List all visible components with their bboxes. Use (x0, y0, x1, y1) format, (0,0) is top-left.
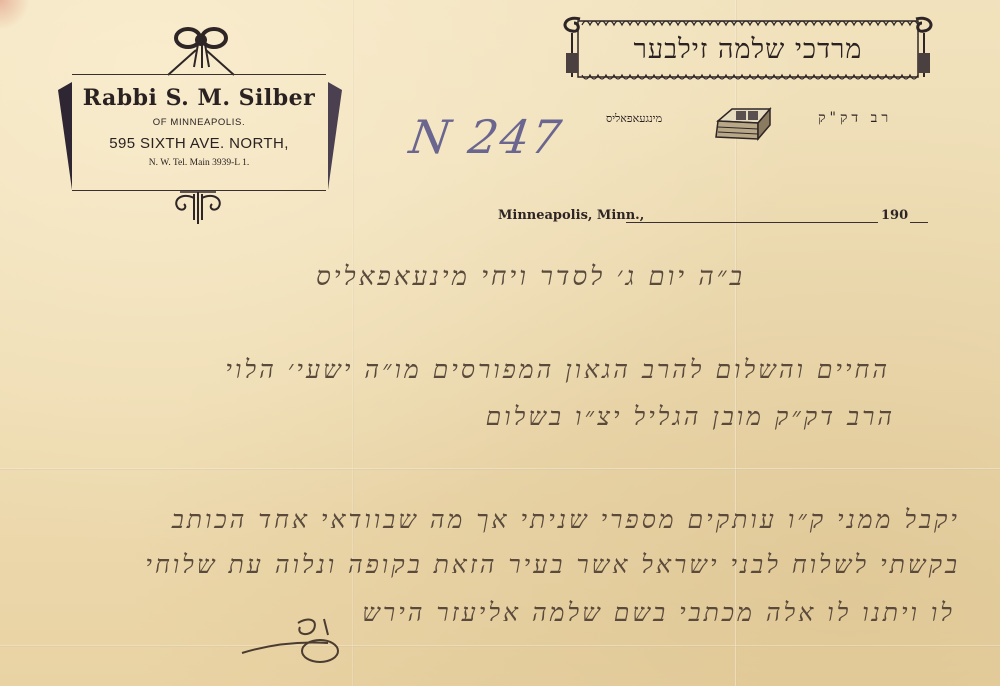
dateline: Minneapolis, Minn., 190 (498, 208, 928, 228)
handwritten-line-5: בקשתי לשלוח לבני ישראל אשר בעיר הזאת בקו… (20, 550, 960, 580)
file-number: N 247 (406, 110, 566, 164)
handwritten-line-3: הרב דק״ק מובן הגליל יצ״ו בשלום (210, 402, 895, 432)
handwritten-line-4: יקבל ממני ק״ו עותקים מספרי שניתי אך מה ש… (20, 505, 960, 535)
hebrew-name-title: מרדכי שלמה זילבער (598, 28, 898, 72)
signature-flourish-icon (238, 615, 348, 665)
handwritten-line-1: ב״ה יום ג׳ לסדר ויחי מינעאפאליס (240, 262, 745, 292)
handwritten-line-2: החיים והשלום להרב הגאון המפורסים מו״ה יש… (40, 355, 890, 385)
fold-crease-horizontal (0, 468, 1000, 470)
banner-flag-left (58, 82, 72, 190)
paper-stain (0, 0, 30, 30)
rabbi-telephone: N. W. Tel. Main 3939-L 1. (72, 158, 326, 168)
dateline-year: 190 (881, 208, 908, 223)
date-blank-line (626, 222, 878, 223)
banner-flag-right (328, 82, 342, 190)
rabbi-address: 595 SIXTH AVE. NORTH, (72, 135, 326, 152)
fold-crease-vertical-left (352, 0, 354, 686)
dateline-city: Minneapolis, Minn., (498, 208, 644, 223)
rabbi-city: OF MINNEAPOLIS. (72, 117, 326, 128)
open-book-icon (712, 103, 772, 141)
letter-paper: Rabbi S. M. Silber OF MINNEAPOLIS. 595 S… (0, 0, 1000, 686)
fold-crease-horizontal-bottom (0, 645, 1000, 647)
handwritten-line-6: לו ויתנו לו אלה מכתבי בשם שלמה אליעזר הי… (70, 598, 955, 628)
scroll-ornament-icon (168, 190, 228, 226)
hebrew-rabbi-title: רב דק"ק (818, 110, 892, 127)
english-letterhead: Rabbi S. M. Silber OF MINNEAPOLIS. 595 S… (72, 74, 326, 191)
bow-ornament-icon (166, 22, 236, 77)
rabbi-name: Rabbi S. M. Silber (72, 85, 326, 111)
hebrew-city: מינגעאפאליס (606, 112, 662, 125)
year-blank-line (910, 222, 928, 223)
